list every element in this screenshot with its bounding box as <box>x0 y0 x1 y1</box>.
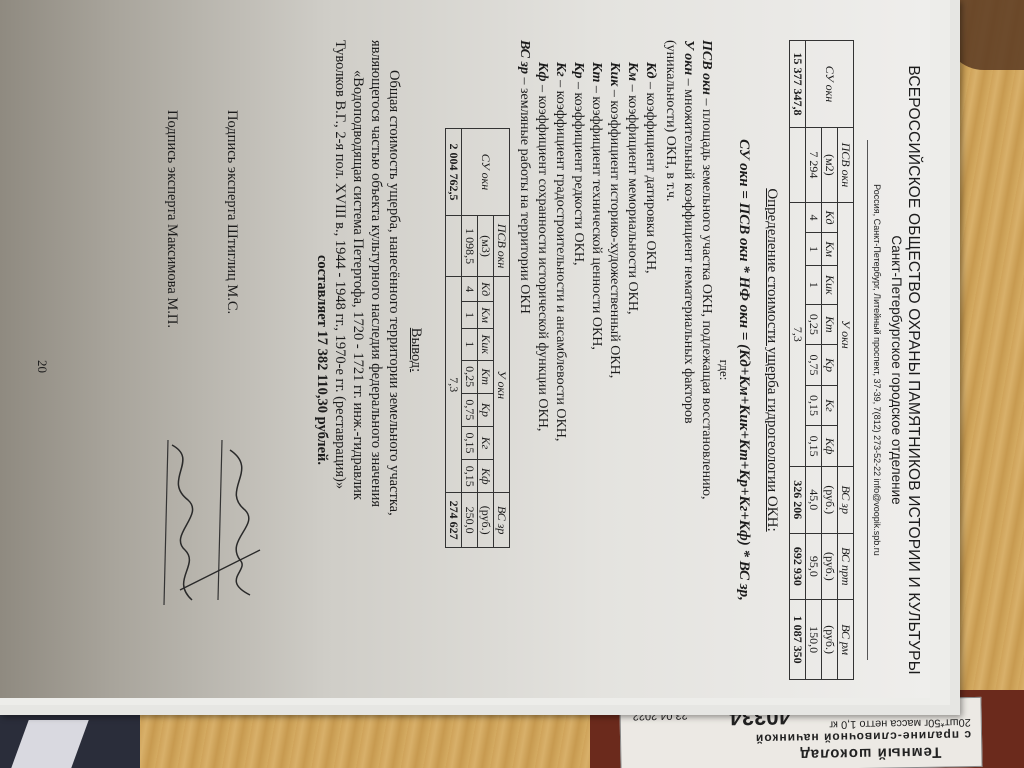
definition: Км – коэффициент мемориальности ОКН, <box>624 62 640 315</box>
col-su: СУ окн <box>462 129 510 216</box>
coef-value: 0,15 <box>806 426 822 467</box>
rate-value: 95,0 <box>806 533 822 600</box>
unit-psv: (м3) <box>478 216 494 277</box>
bc-total: 1 087 350 <box>790 600 806 680</box>
signature-line-1: Подпись эксперта Штиглиц М.С. <box>223 110 240 314</box>
y-total: 7,3 <box>446 277 462 493</box>
coef-value: 0,25 <box>806 304 822 345</box>
handwritten-signatures <box>140 430 280 630</box>
coef-label: Км <box>478 302 494 329</box>
rate-value: 150,0 <box>806 600 822 680</box>
page-content: ВСЕРОССИЙСКОЕ ОБЩЕСТВО ОХРАНЫ ПАМЯТНИКОВ… <box>30 20 930 700</box>
bc-total: 692 930 <box>790 533 806 600</box>
coef-label: Кф <box>822 426 838 467</box>
col-y: У окн <box>494 277 510 493</box>
coef-value: 0,25 <box>462 360 478 393</box>
su-total: 15 377 347,8 <box>790 41 806 128</box>
definition: Кд – коэффициент датировки ОКН, <box>642 62 658 274</box>
damage-table-2: СУ окн ПСВ окн У окн ВС зр (м3) Кд Км Ки… <box>445 128 510 548</box>
definition: У окн – множительный коэффициент нематер… <box>680 40 696 424</box>
definition: Кт – коэффициент технической ценности ОК… <box>588 62 604 350</box>
org-subtitle: Санкт-Петербургское городское отделение <box>889 60 904 680</box>
coef-label: Кр <box>478 393 494 426</box>
coef-value: 1 <box>806 233 822 266</box>
conclusion-total: составляет 17 382 110,30 рублей. <box>313 140 330 580</box>
col-bc: ВС зр <box>494 493 510 548</box>
unit-bc: (руб.) <box>822 533 838 600</box>
damage-table-1: СУ окн ПСВ окн У окн ВС зр ВС прт ВС рм … <box>789 40 854 680</box>
coef-label: Кик <box>822 266 838 305</box>
label-product-name: Темный шоколад <box>799 744 941 763</box>
definition: (уникальности) ОКН, в т.ч. <box>662 40 678 202</box>
coef-value: 0,75 <box>806 345 822 386</box>
definition: Кг – коэффициент градостроительности и а… <box>552 62 568 441</box>
coef-value: 4 <box>806 202 822 233</box>
unit-bc: (руб.) <box>822 466 838 533</box>
coef-value: 4 <box>462 277 478 302</box>
org-address: Россия, Санкт-Петербург, Литейный проспе… <box>872 60 882 680</box>
bc-total: 326 206 <box>790 466 806 533</box>
definition: Кф – коэффициент сохранности историческо… <box>534 62 550 431</box>
definition: Кик – коэффициент историко-художественны… <box>606 62 622 378</box>
rate-value: 250,0 <box>462 493 478 548</box>
col-y: У окн <box>838 202 854 466</box>
col-psv: ПСВ окн <box>494 216 510 277</box>
coef-value: 0,15 <box>462 426 478 459</box>
bc-total: 274 627 <box>446 493 462 548</box>
conclusion-line: «Водоподводящая система Петергофа, 1720 … <box>349 70 366 500</box>
section-title: Определение стоимости ущерба гидрогеолог… <box>763 120 780 600</box>
coef-value: 0,15 <box>462 460 478 493</box>
conclusion-line: Общая стоимость ущерба, нанесённого терр… <box>385 70 402 516</box>
col-bc-pm: ВС рм <box>838 600 854 680</box>
coef-value: 1 <box>806 266 822 305</box>
definition: ПСВ окн – площадь земельного участка ОКН… <box>698 40 714 500</box>
coef-label: Кг <box>478 426 494 459</box>
coef-label: Кг <box>822 385 838 426</box>
signature-line-2: Подпись эксперта Максимова М.П. <box>163 110 180 328</box>
conclusion-line: Туволков В.Г., 2-я пол. XVIII в., 1944 -… <box>331 40 348 489</box>
where-label: где: <box>716 60 732 680</box>
coef-label: Кф <box>478 460 494 493</box>
coef-label: Кр <box>822 345 838 386</box>
coef-value: 0,15 <box>806 385 822 426</box>
y-total: 7,3 <box>790 202 806 466</box>
col-psv: ПСВ окн <box>838 128 854 203</box>
col-bc-zr: ВС зр <box>838 466 854 533</box>
coef-value: 0,75 <box>462 393 478 426</box>
definition: ВС зр – земляные работы на территории ОК… <box>516 40 532 314</box>
rate-value: 45,0 <box>806 466 822 533</box>
label-weight: 20шт*50г масса нетто 1,0 кг <box>829 716 971 730</box>
conclusion-title: Вывод: <box>407 220 424 480</box>
unit-psv: (м2) <box>822 128 838 203</box>
document-page: ВСЕРОССИЙСКОЕ ОБЩЕСТВО ОХРАНЫ ПАМЯТНИКОВ… <box>0 0 930 698</box>
coef-value: 1 <box>462 328 478 360</box>
coef-label: Кт <box>478 360 494 393</box>
unit-bc: (руб.) <box>822 600 838 680</box>
page-number: 20 <box>34 360 50 373</box>
coef-value: 1 <box>462 302 478 329</box>
coef-label: Км <box>822 233 838 266</box>
definition: Кр – коэффициент редкости ОКН, <box>570 62 586 266</box>
col-su: СУ окн <box>806 41 854 128</box>
formula: СУ окн = ПСВ окн * НФ окн = (Кд+Км+Кик+К… <box>735 60 752 680</box>
su-total: 2 004 762,5 <box>446 129 462 216</box>
unit-bc: (руб.) <box>478 493 494 548</box>
psv-value: 1 098,5 <box>462 216 478 277</box>
conclusion-line: являющегося частью объекта культурного н… <box>367 40 384 507</box>
org-title: ВСЕРОССИЙСКОЕ ОБЩЕСТВО ОХРАНЫ ПАМЯТНИКОВ… <box>904 60 922 680</box>
coef-label: Кд <box>822 202 838 233</box>
header-divider <box>867 140 868 660</box>
coef-label: Кт <box>822 304 838 345</box>
coef-label: Кик <box>478 328 494 360</box>
psv-value: 7 294 <box>806 128 822 203</box>
col-bc-pr: ВС прт <box>838 533 854 600</box>
coef-label: Кд <box>478 277 494 302</box>
